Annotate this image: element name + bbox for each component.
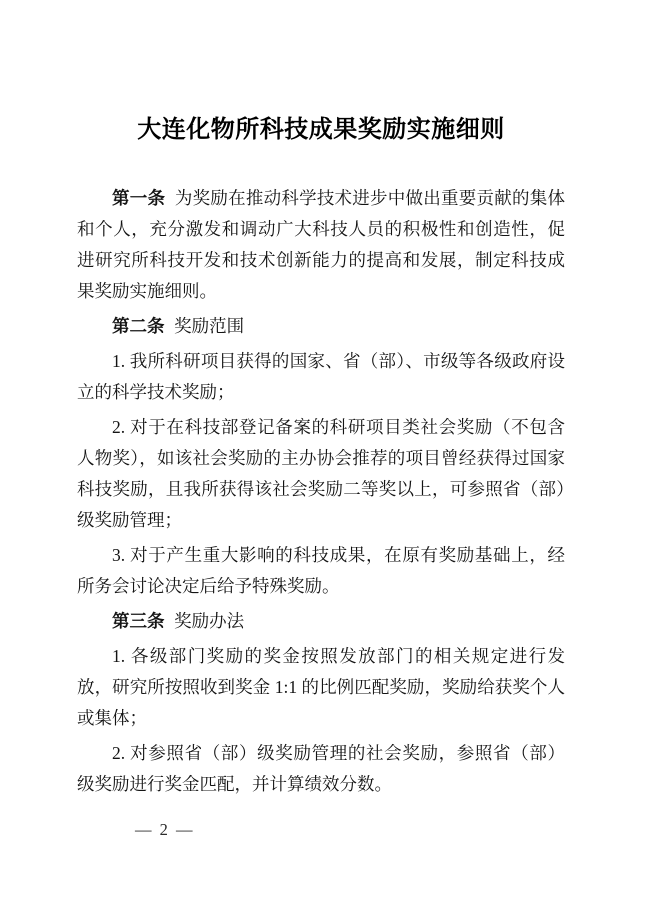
document-body: 第一条为奖励在推动科学技术进步中做出重要贡献的集体和个人，充分激发和调动广大科技… [77, 183, 565, 800]
article-1-label: 第一条 [112, 188, 165, 208]
paragraph-article-2-item-1: 1. 我所科研项目获得的国家、省（部）、市级等各级政府设立的科学技术奖励； [77, 346, 565, 408]
article-3-label: 第三条 [112, 611, 165, 631]
article-2-item-3-text: 3. 对于产生重大影响的科技成果，在原有奖励基础上，经所务会讨论决定后给予特殊奖… [77, 545, 565, 596]
article-3-item-1-text: 1. 各级部门奖励的奖金按照发放部门的相关规定进行发放，研究所按照收到奖金 1:… [77, 646, 565, 728]
article-2-text: 奖励范围 [174, 316, 244, 336]
paragraph-article-1: 第一条为奖励在推动科学技术进步中做出重要贡献的集体和个人，充分激发和调动广大科技… [77, 183, 565, 307]
article-3-text: 奖励办法 [174, 611, 244, 631]
document-title: 大连化物所科技成果奖励实施细则 [77, 113, 565, 147]
document-page: 大连化物所科技成果奖励实施细则 第一条为奖励在推动科学技术进步中做出重要贡献的集… [0, 0, 650, 919]
article-2-item-1-text: 1. 我所科研项目获得的国家、省（部）、市级等各级政府设立的科学技术奖励； [77, 351, 565, 402]
paragraph-article-3-item-2: 2. 对参照省（部）级奖励管理的社会奖励，参照省（部）级奖励进行奖金匹配，并计算… [77, 738, 565, 800]
article-2-label: 第二条 [112, 316, 165, 336]
paragraph-article-3-item-1: 1. 各级部门奖励的奖金按照发放部门的相关规定进行发放，研究所按照收到奖金 1:… [77, 641, 565, 734]
paragraph-article-2: 第二条奖励范围 [77, 311, 565, 342]
article-2-item-2-text: 2. 对于在科技部登记备案的科研项目类社会奖励（不包含人物奖），如该社会奖励的主… [77, 417, 565, 530]
paragraph-article-3: 第三条奖励办法 [77, 606, 565, 637]
paragraph-article-2-item-3: 3. 对于产生重大影响的科技成果，在原有奖励基础上，经所务会讨论决定后给予特殊奖… [77, 540, 565, 602]
article-3-item-2-text: 2. 对参照省（部）级奖励管理的社会奖励，参照省（部）级奖励进行奖金匹配，并计算… [77, 743, 565, 794]
paragraph-article-2-item-2: 2. 对于在科技部登记备案的科研项目类社会奖励（不包含人物奖），如该社会奖励的主… [77, 412, 565, 536]
page-number: — 2 — [135, 820, 195, 840]
